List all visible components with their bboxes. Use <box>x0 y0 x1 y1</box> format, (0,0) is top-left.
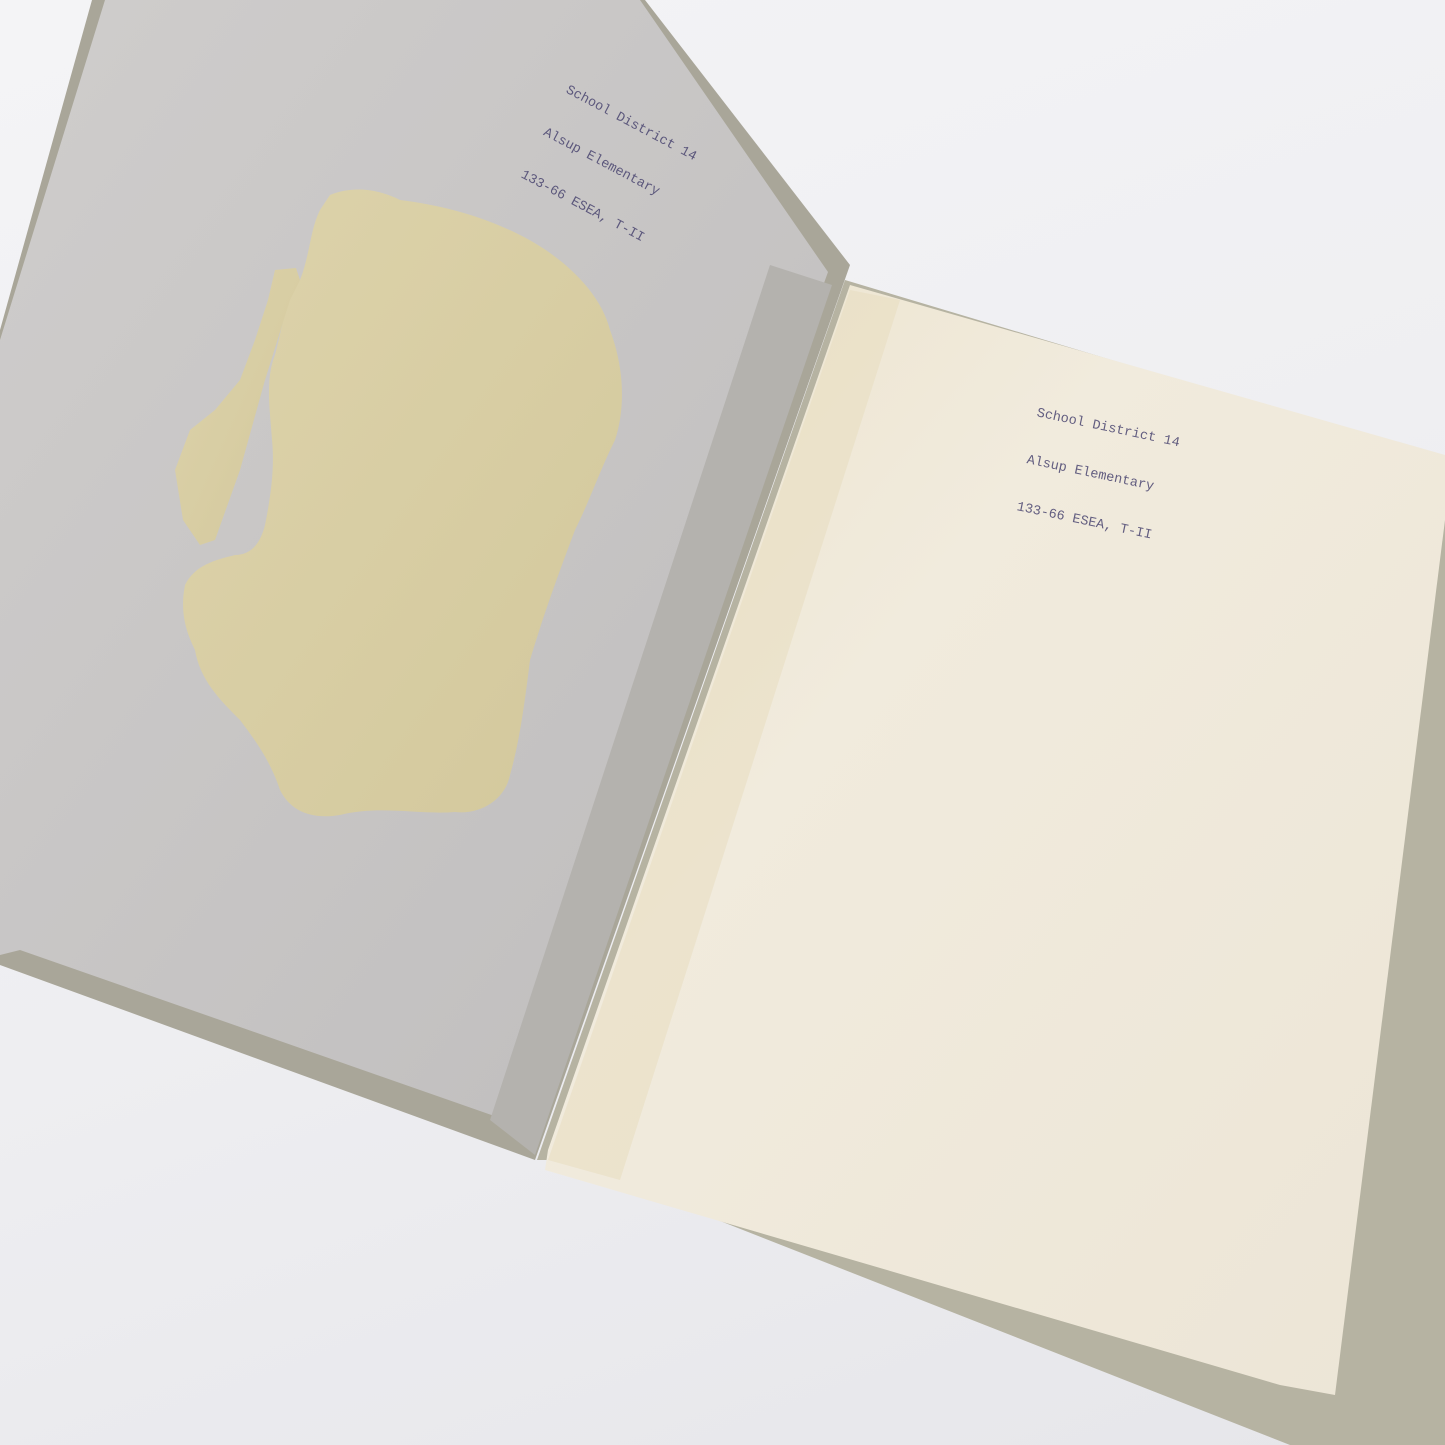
book-photo <box>0 0 1445 1445</box>
stamp-line-1: School District 14 <box>1035 406 1181 452</box>
stamp-line-2: Alsup Elementary <box>1025 453 1171 499</box>
